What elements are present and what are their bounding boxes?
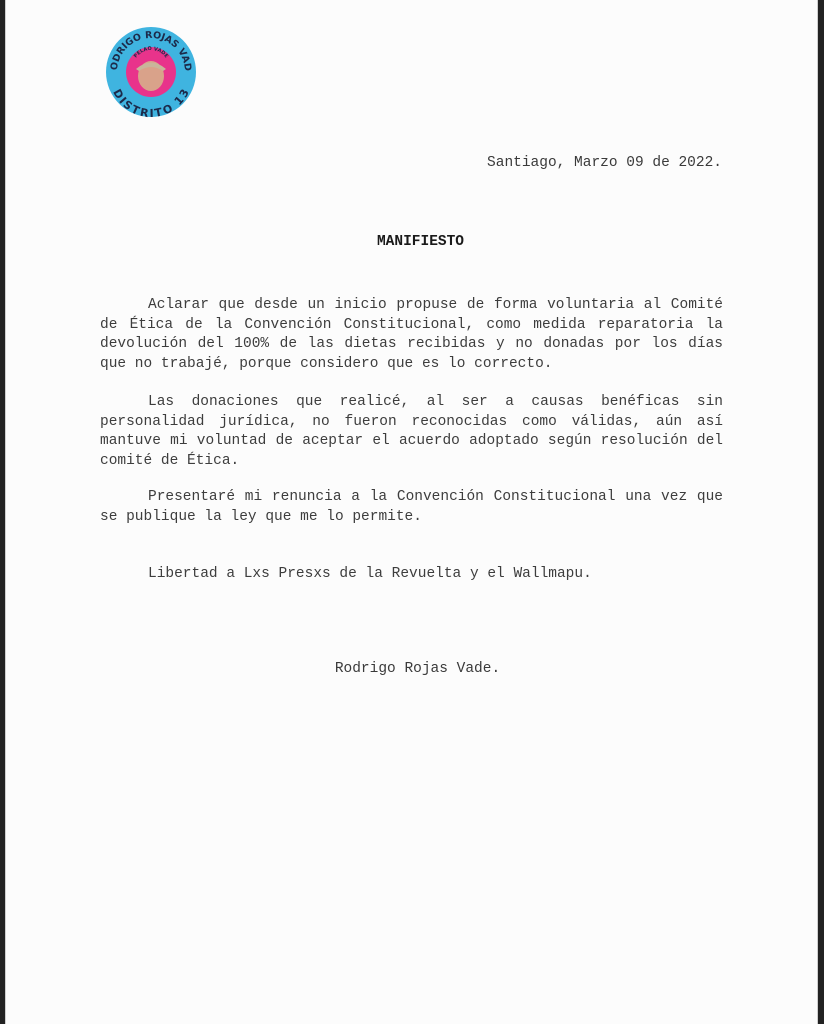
- document-page: RODRIGO ROJAS VADE PELAO VADE DISTRITO 1…: [5, 0, 818, 1024]
- paragraph-donations: Las donaciones que realicé, al ser a cau…: [100, 393, 723, 471]
- paragraph-closing-slogan: Libertad a Lxs Presxs de la Revuelta y e…: [100, 565, 723, 585]
- paragraph-reparation: Aclarar que desde un inicio propuse de f…: [100, 296, 723, 374]
- campaign-logo: RODRIGO ROJAS VADE PELAO VADE DISTRITO 1…: [105, 26, 197, 118]
- document-title: MANIFIESTO: [5, 234, 818, 250]
- date-line: Santiago, Marzo 09 de 2022.: [487, 155, 722, 171]
- campaign-badge-icon: RODRIGO ROJAS VADE PELAO VADE DISTRITO 1…: [105, 26, 197, 118]
- signature: Rodrigo Rojas Vade.: [5, 661, 818, 677]
- paragraph-resignation: Presentaré mi renuncia a la Convención C…: [100, 488, 723, 527]
